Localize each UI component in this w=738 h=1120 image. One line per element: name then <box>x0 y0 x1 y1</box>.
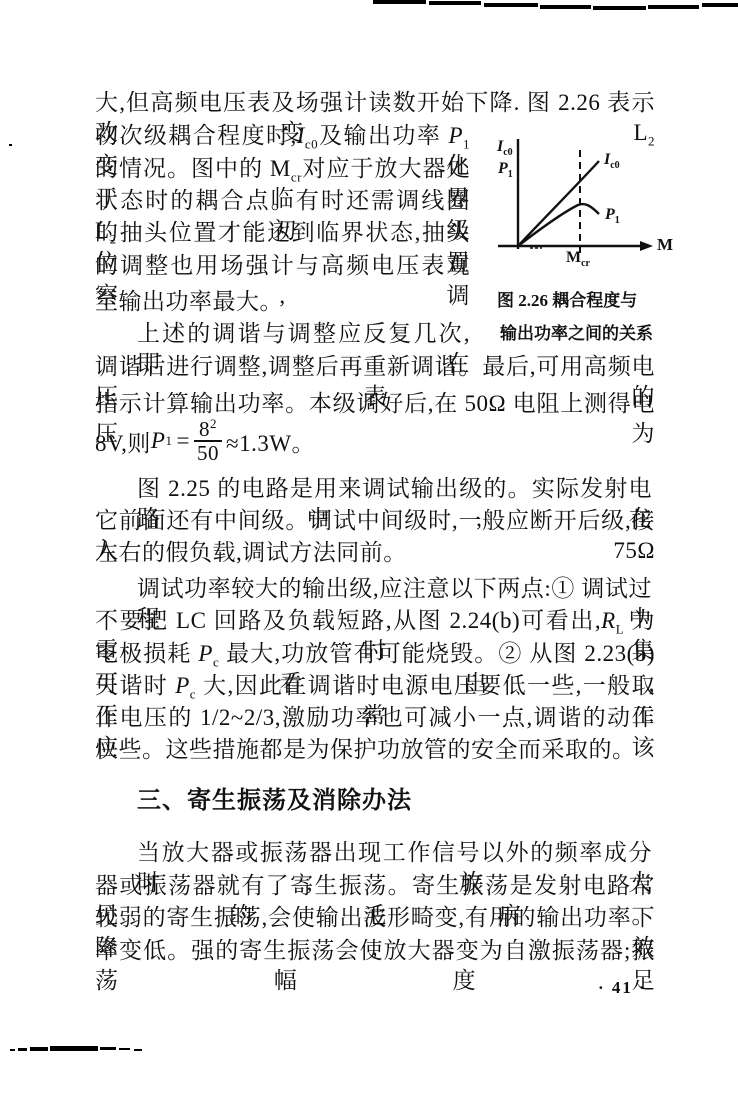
power-formula: 8V,则 P1 = 82 50 ≈1.3W。 <box>95 418 315 464</box>
fraction: 82 50 <box>194 418 222 464</box>
text-line: 快些。这些措施都是为保护功放管的安全而采取的。 <box>95 735 655 765</box>
scan-artifact <box>702 3 738 7</box>
scan-artifact <box>593 6 646 10</box>
scan-artifact <box>100 1047 116 1050</box>
equals-sign: = <box>176 428 189 454</box>
fraction-numerator: 82 <box>194 418 222 440</box>
formula-result: ≈1.3W。 <box>226 425 315 458</box>
scan-artifact <box>134 1049 142 1051</box>
scan-artifact <box>429 1 481 5</box>
scan-artifact <box>484 3 538 7</box>
formula-lead: 8V,则 <box>95 425 151 458</box>
curve-label-p1: P1 <box>605 207 620 223</box>
y-axis-label-p1: P1 <box>498 161 513 177</box>
scan-artifact <box>648 5 699 9</box>
fraction-denominator: 50 <box>194 440 222 464</box>
scan-artifact <box>18 1048 27 1051</box>
scan-artifact <box>30 1047 48 1051</box>
page-number: · 41 · <box>598 978 647 998</box>
scanned-book-page: 大,但高频电压表及场强计读数开始下降. 图 2.26 表示改变 L2初次级耦合程… <box>0 0 738 1120</box>
x-axis-arrow <box>640 241 653 251</box>
formula-variable: P <box>151 428 166 454</box>
figure-2-26: Ic0 P1 Ic0 P1 M Mcr <box>492 134 682 279</box>
x-tick-label-mcr: Mcr <box>566 250 590 266</box>
scan-artifact <box>50 1046 98 1051</box>
ic0-curve <box>518 161 599 246</box>
scan-artifact <box>9 144 12 146</box>
scan-artifact <box>119 1048 130 1050</box>
figure-caption: 图 2.26 耦合程度与 输出功率之间的关系 <box>497 284 677 350</box>
p1-curve <box>518 204 599 246</box>
curve-label-ic0: Ic0 <box>604 152 620 168</box>
figure-caption-line2: 输出功率之间的关系 <box>497 317 677 350</box>
y-axis-label-ic0: Ic0 <box>497 139 513 155</box>
text-line: 率变低。强的寄生振荡会使放大器变为自激振荡器;振荡幅度足 <box>95 936 655 996</box>
text-line: 左右的假负载,调试方法同前。 <box>95 538 655 568</box>
scan-artifact <box>10 1049 15 1051</box>
text-line: 至输出功率最大。 <box>95 287 470 317</box>
scan-artifact <box>540 5 591 9</box>
section-heading: 三、寄生振荡及消除办法 <box>137 786 412 816</box>
scan-artifact <box>373 0 426 4</box>
figure-caption-line1: 图 2.26 耦合程度与 <box>497 284 677 317</box>
x-axis-label: M <box>657 236 673 253</box>
